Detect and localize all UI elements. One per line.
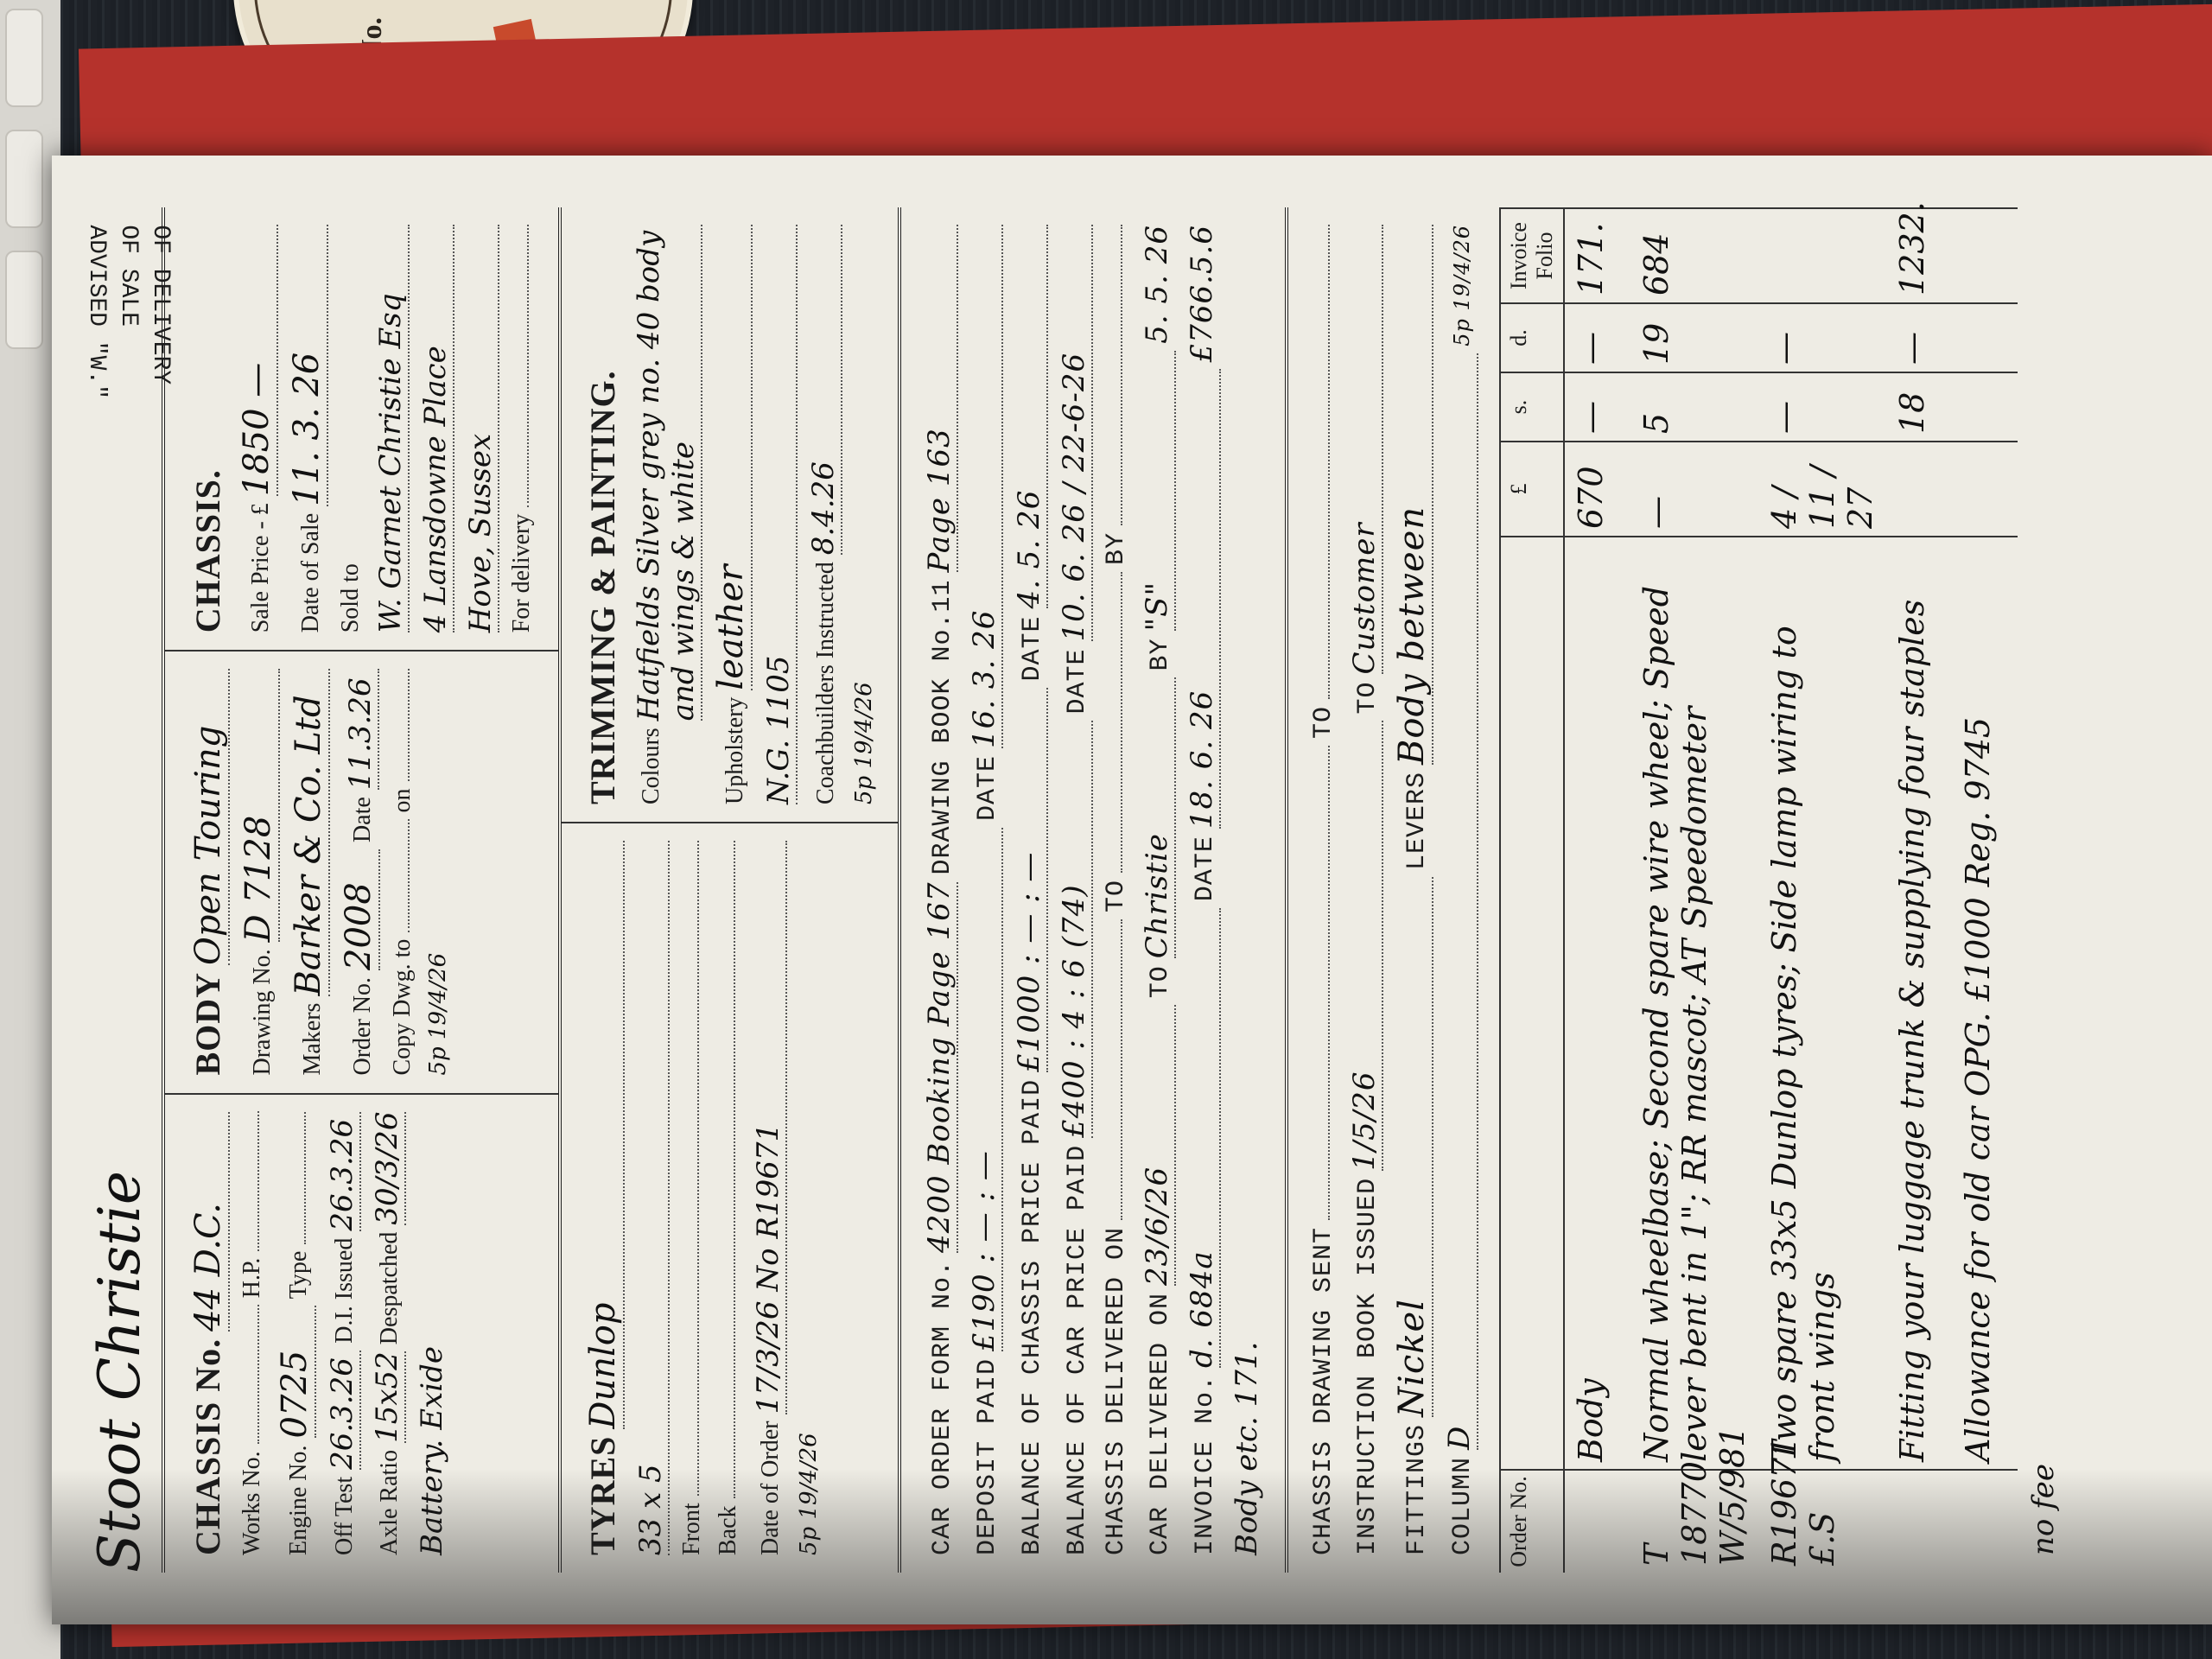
to-label: TO bbox=[1146, 965, 1175, 998]
ledger-cell-folio bbox=[1758, 207, 1886, 302]
payment-label: BALANCE OF CAR PRICE PAID bbox=[1063, 1145, 1092, 1555]
tyres-back-label: Back bbox=[715, 1505, 742, 1555]
type-value bbox=[304, 1112, 306, 1244]
car-delivered-date: 5. 5. 26 bbox=[1140, 225, 1174, 344]
ledger-table: Order No. £ s. d. Invoice Folio bbox=[1499, 207, 1563, 1573]
date-of-sale-value: 11. 3. 26 bbox=[287, 225, 328, 506]
ledger-cell-order: T 18770 W/5/981 bbox=[1630, 1469, 1758, 1573]
owner-name: Stoot Christie bbox=[86, 1171, 153, 1573]
ledger-cell-shillings: 18 bbox=[1886, 372, 1952, 441]
ledger-cell-pounds: — bbox=[1630, 441, 1758, 536]
top-grid: CHASSIS No.44 D.C. Works No.H.P. Engine … bbox=[165, 207, 562, 1573]
sold-to-line: W. Garnet Christie Esq bbox=[373, 225, 410, 632]
colours-value: Hatfields Silver grey no. 40 body and wi… bbox=[632, 225, 702, 721]
chassis-record-card: OF DELIVERY OF SALE ADVISED "W." Stoot C… bbox=[52, 156, 2212, 1624]
drawing-book-label: DRAWING BOOK No.11 bbox=[928, 579, 957, 874]
sale-price-label: Sale Price - £ bbox=[247, 503, 275, 632]
sale-price-value: 1850 — bbox=[237, 225, 278, 496]
levers-value: Body between bbox=[1392, 225, 1433, 765]
trimming-heading: TRIMMING & PAINTING. bbox=[582, 370, 623, 804]
off-test-label: Off Test bbox=[331, 1477, 359, 1555]
body-column: BODYOpen Touring Drawing No.D 7128 Maker… bbox=[165, 650, 558, 1092]
order-date-value: 11.3.26 bbox=[343, 669, 379, 790]
ledger-cell-pence: — bbox=[1758, 302, 1886, 372]
despatched-value: 30/3/26 bbox=[370, 1112, 406, 1225]
instruction-book-value: 1/5/26 bbox=[1347, 721, 1383, 1170]
order-no-value: 2008 bbox=[339, 849, 380, 970]
axle-ratio-value: 15x52 bbox=[370, 1351, 406, 1443]
invoice-date-value: 18. 6. 26 bbox=[1185, 369, 1221, 829]
tyres-block: TYRESDunlop 33 x 5 Front Back Date of Or… bbox=[562, 822, 898, 1573]
drawing-no-label: Drawing No. bbox=[249, 949, 276, 1075]
drawing-no-value: D 7128 bbox=[238, 669, 280, 942]
copy-dwg-label: Copy Dwg. to bbox=[389, 939, 416, 1076]
ledger-header-order: Order No. bbox=[1501, 1469, 1563, 1573]
copy-dwg-value: 5p 19/4/26 bbox=[425, 953, 451, 1076]
trimming-block: TRIMMING & PAINTING. ColoursHatfields Si… bbox=[562, 207, 898, 822]
chassis-drawing-to-label: TO bbox=[1309, 706, 1338, 739]
column-note: 5p 19/4/26 bbox=[1450, 225, 1474, 346]
margin-note: no fee bbox=[2026, 225, 2061, 1555]
car-order-form-value: 4200 Booking Page 167 bbox=[922, 882, 958, 1253]
payment-date: 16. 3. 26 bbox=[967, 225, 1003, 748]
ledger-cell-pounds bbox=[1952, 441, 2018, 536]
card-paper: OF DELIVERY OF SALE ADVISED "W." Stoot C… bbox=[52, 156, 2212, 1624]
date-of-sale-label: Date of Sale bbox=[297, 513, 325, 632]
payment-label: BALANCE OF CHASSIS PRICE PAID bbox=[1018, 1079, 1047, 1555]
column-label: COLUMN bbox=[1448, 1457, 1478, 1555]
instruction-book-to: Customer bbox=[1347, 225, 1383, 674]
levers-label: LEVERS bbox=[1402, 772, 1432, 870]
despatched-label: Despatched bbox=[376, 1232, 404, 1345]
tyres-order-note: 5p 19/4/26 bbox=[796, 1433, 822, 1555]
ledger-body: Body670——171.T 18770 W/5/981Normal wheel… bbox=[1563, 207, 2018, 1573]
payment-amount: £1000 : — : — bbox=[1012, 688, 1048, 1071]
car-order-section: CAR ORDER FORM No.4200 Booking Page 167D… bbox=[901, 207, 1288, 1573]
ledger-cell-shillings: 5 bbox=[1630, 372, 1758, 441]
sold-to-line: Hove, Sussex bbox=[463, 225, 499, 632]
engine-no-value: 0725 bbox=[275, 1306, 316, 1438]
tyres-value: Dunlop bbox=[583, 841, 625, 1429]
instruction-book-label: INSTRUCTION BOOK ISSUED bbox=[1353, 1178, 1382, 1555]
sold-to-label: Sold to bbox=[337, 563, 365, 632]
payment-amount: £190 : — : — bbox=[967, 828, 1003, 1351]
upholstery-value: leather bbox=[711, 225, 753, 690]
ledger-cell-pence: — bbox=[1565, 302, 1630, 372]
ledger-header-desc bbox=[1501, 536, 1563, 1469]
coachbuilders-note: 5p 19/4/26 bbox=[851, 682, 877, 804]
ledger-cell-pence: 19 bbox=[1630, 302, 1758, 372]
upholstery-code: N.G. 1105 bbox=[761, 225, 798, 804]
ledger-header-folio: Invoice Folio bbox=[1501, 207, 1563, 302]
ledger-cell-desc: Allowance for old car OPG. £1000 Reg. 97… bbox=[1952, 536, 2018, 1469]
reversed-stamp: OF DELIVERY OF SALE ADVISED "W." bbox=[78, 225, 179, 399]
type-label: Type bbox=[285, 1251, 313, 1300]
drawing-book-value: Page 163 bbox=[922, 225, 958, 572]
chassis-sale-heading: CHASSIS. bbox=[188, 469, 228, 632]
di-issued-value: 26.3.26 bbox=[325, 1112, 361, 1231]
fittings-value: Nickel bbox=[1392, 877, 1433, 1417]
payment-date-label: DATE bbox=[1063, 648, 1092, 714]
coachbuilders-value: 8.4.26 bbox=[806, 225, 842, 555]
payment-label: DEPOSIT PAID bbox=[973, 1358, 1002, 1555]
invoice-value: d. 684a bbox=[1185, 908, 1221, 1368]
tyres-front-label: Front bbox=[678, 1503, 706, 1555]
order-date-label: Date bbox=[349, 797, 377, 842]
ledger-cell-shillings: — bbox=[1565, 372, 1630, 441]
to-label: TO bbox=[1102, 880, 1131, 912]
colours-label: Colours bbox=[638, 728, 665, 804]
ledger-cell-pounds bbox=[1886, 441, 1952, 536]
instruction-book-to-label: TO bbox=[1353, 681, 1382, 714]
payment-date-label: DATE bbox=[1018, 615, 1047, 681]
tyres-trimming-section: TYRESDunlop 33 x 5 Front Back Date of Or… bbox=[562, 207, 901, 1573]
column-value: D bbox=[1442, 353, 1478, 1450]
stamp-advised: ADVISED "W." bbox=[83, 225, 110, 399]
car-delivered-label: CAR DELIVERED ON bbox=[1146, 1293, 1175, 1555]
body-type-value: Open Touring bbox=[188, 669, 230, 965]
ledger-cell-order bbox=[1565, 1469, 1630, 1573]
hp-value bbox=[257, 1112, 259, 1251]
chassis-sale-column: CHASSIS. Sale Price - £1850 — Date of Sa… bbox=[165, 207, 558, 650]
card-title-row: Stoot Christie bbox=[86, 207, 165, 1573]
car-delivered-by: "S" bbox=[1140, 351, 1176, 632]
by-label: BY bbox=[1146, 638, 1175, 671]
invoice-label: INVOICE No. bbox=[1191, 1375, 1220, 1555]
chassis-no-label: CHASSIS No. bbox=[188, 1338, 228, 1555]
car-delivered-value: 23/6/26 bbox=[1140, 1005, 1176, 1286]
instructions-section: CHASSIS DRAWING SENTTO INSTRUCTION BOOK … bbox=[1288, 207, 1499, 1573]
order-no-label: Order No. bbox=[349, 977, 377, 1076]
payment-amount: £400 : 4 : 6 (74) bbox=[1057, 721, 1093, 1137]
coachbuilders-label: Coachbuilders Instructed bbox=[812, 562, 840, 804]
ledger-header-shillings: s. bbox=[1501, 372, 1563, 441]
tyres-date-of-order-label: Date of Order bbox=[757, 1421, 785, 1555]
ledger-cell-desc: Normal wheelbase; Second spare wire whee… bbox=[1630, 536, 1758, 1469]
ledger-cell-pence: — bbox=[1886, 302, 1952, 372]
payment-date-label: DATE bbox=[973, 755, 1002, 821]
fittings-label: FITTINGS bbox=[1402, 1424, 1432, 1555]
tyres-size: 33 x 5 bbox=[633, 841, 670, 1555]
ledger-cell-pounds: 670 bbox=[1565, 441, 1630, 536]
ledger-cell-folio: 1232. bbox=[1886, 207, 1952, 302]
ledger-cell-pounds: 4 / 11 / 27 bbox=[1758, 441, 1886, 536]
keyboard-key bbox=[5, 251, 43, 349]
makers-label: Makers bbox=[299, 1003, 327, 1076]
car-order-form-label: CAR ORDER FORM No. bbox=[928, 1260, 957, 1555]
off-test-value: 26.3.26 bbox=[325, 1351, 361, 1470]
stamp-of-delivery: OF DELIVERY bbox=[147, 225, 174, 399]
chassis-no-value: 44 D.C. bbox=[188, 1112, 230, 1332]
ledger-cell-pence bbox=[1952, 302, 2018, 372]
makers-value: Barker & Co. Ltd bbox=[289, 669, 330, 995]
tyres-date-of-order-value: 17/3/26 No R19671 bbox=[751, 841, 787, 1414]
payment-date: 4. 5. 26 bbox=[1012, 225, 1048, 608]
for-delivery-label: For delivery bbox=[508, 514, 536, 633]
ledger-cell-folio: 684 bbox=[1630, 207, 1758, 302]
engine-no-label: Engine No. bbox=[285, 1445, 313, 1555]
upholstery-label: Upholstery bbox=[721, 697, 749, 804]
copy-dwg-on-label: on bbox=[389, 788, 416, 812]
payment-date: 10. 6. 26 / 22-6-26 bbox=[1057, 225, 1093, 641]
works-no-label: Works No. bbox=[238, 1451, 266, 1555]
tyres-heading: TYRES bbox=[582, 1436, 623, 1555]
car-delivered-to: Christie bbox=[1140, 678, 1176, 959]
keyboard-key bbox=[5, 130, 43, 228]
chassis-drawing-label: CHASSIS DRAWING SENT bbox=[1309, 1227, 1338, 1555]
di-issued-label: D.I. Issued bbox=[331, 1238, 359, 1344]
ledger-cell-order: R19671 £.S bbox=[1758, 1469, 1886, 1573]
battery-note: Battery. Exide bbox=[415, 1346, 449, 1555]
chassis-delivered-label: CHASSIS DELIVERED ON bbox=[1102, 1227, 1131, 1555]
hp-label: H.P. bbox=[238, 1258, 266, 1299]
ledger-header-pounds: £ bbox=[1501, 441, 1563, 536]
chassis-column: CHASSIS No.44 D.C. Works No.H.P. Engine … bbox=[165, 1093, 558, 1573]
ledger-cell-order bbox=[1886, 1469, 1952, 1573]
invoice-total: £766.5.6 bbox=[1185, 225, 1219, 362]
stamp-of-sale: OF SALE bbox=[115, 225, 142, 399]
sold-to-line: 4 Lansdowne Place bbox=[418, 225, 454, 632]
ledger-cell-folio bbox=[1952, 207, 2018, 302]
ledger-cell-order bbox=[1952, 1469, 2018, 1573]
ledger-cell-folio: 171. bbox=[1565, 207, 1630, 302]
invoice-note: Body etc. 171. bbox=[1230, 1342, 1264, 1555]
axle-ratio-label: Axle Ratio bbox=[376, 1450, 404, 1555]
ledger-cell-shillings: — bbox=[1758, 372, 1886, 441]
ledger-cell-shillings bbox=[1952, 372, 2018, 441]
ledger-cell-desc: Two spare 33x5 Dunlop tyres; Side lamp w… bbox=[1758, 536, 1886, 1469]
ledger-header-pence: d. bbox=[1501, 302, 1563, 372]
body-heading: BODY bbox=[188, 972, 228, 1076]
works-no-value bbox=[257, 1305, 259, 1444]
by-label: BY bbox=[1102, 532, 1131, 565]
invoice-date-label: DATE bbox=[1191, 836, 1220, 901]
keyboard-key bbox=[5, 9, 43, 107]
ledger-cell-desc: Fitting your luggage trunk & supplying f… bbox=[1886, 536, 1952, 1469]
ledger-cell-desc: Body bbox=[1565, 536, 1630, 1469]
